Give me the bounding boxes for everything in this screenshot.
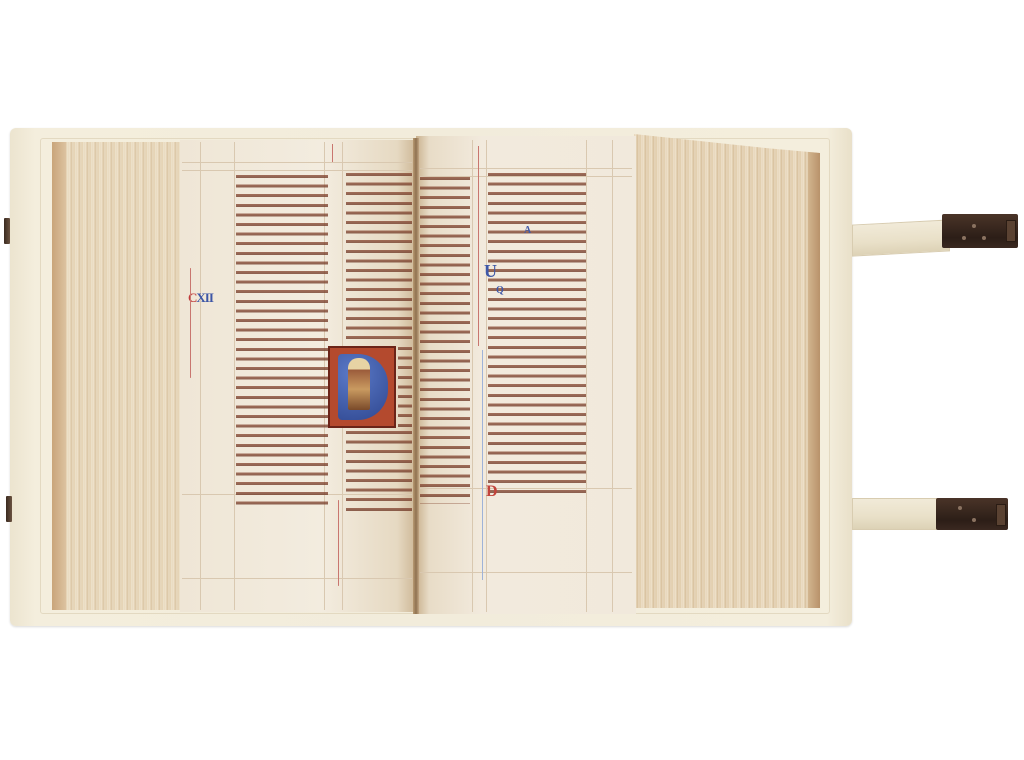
clasp-bottom [936,498,1008,530]
ruling-line [182,162,412,163]
clasp-rivet [972,224,976,228]
clasp-rivet [958,506,962,510]
initial-d: D [486,484,498,500]
text-column [488,170,586,496]
ruling-line [200,142,201,610]
ruling-line [420,168,632,169]
clasp-hook [996,504,1006,526]
clasp-rivet [962,236,966,240]
ruling-line [420,572,632,573]
initial-a: A [524,226,531,236]
text-column [398,344,412,428]
ruling-line [486,140,487,612]
clasp-rivet [982,236,986,240]
book-gutter [413,138,419,614]
chapter-number-xii: XII [196,290,213,305]
ruling-line [182,578,412,579]
manuscript-photo: CXII U D A Q [0,0,1024,760]
historiated-initial-b [328,346,396,428]
text-column [346,428,412,512]
left-catch-bottom [6,496,12,522]
pen-flourish [190,268,191,378]
initial-u: U [484,262,497,280]
ruling-line [472,140,473,612]
initial-q: Q [496,286,504,296]
strap-bottom [852,498,942,530]
ruling-line [586,140,587,612]
pen-flourish [338,500,339,586]
left-page-block [52,142,182,610]
ruling-line [612,140,613,612]
pen-flourish [332,144,333,162]
right-page-block [634,134,820,608]
pen-flourish [478,146,479,346]
chapter-number: CXII [188,290,213,306]
left-catch-top [4,218,10,244]
strap-top [852,219,950,256]
ruling-line [234,142,235,610]
clasp-rivet [972,518,976,522]
clasp-hook [1006,220,1016,242]
text-column [236,172,328,510]
pen-flourish-blue [482,350,483,580]
initial-figure [348,358,370,410]
clasp-top [942,214,1018,248]
text-column [346,170,412,344]
text-column [420,174,470,504]
